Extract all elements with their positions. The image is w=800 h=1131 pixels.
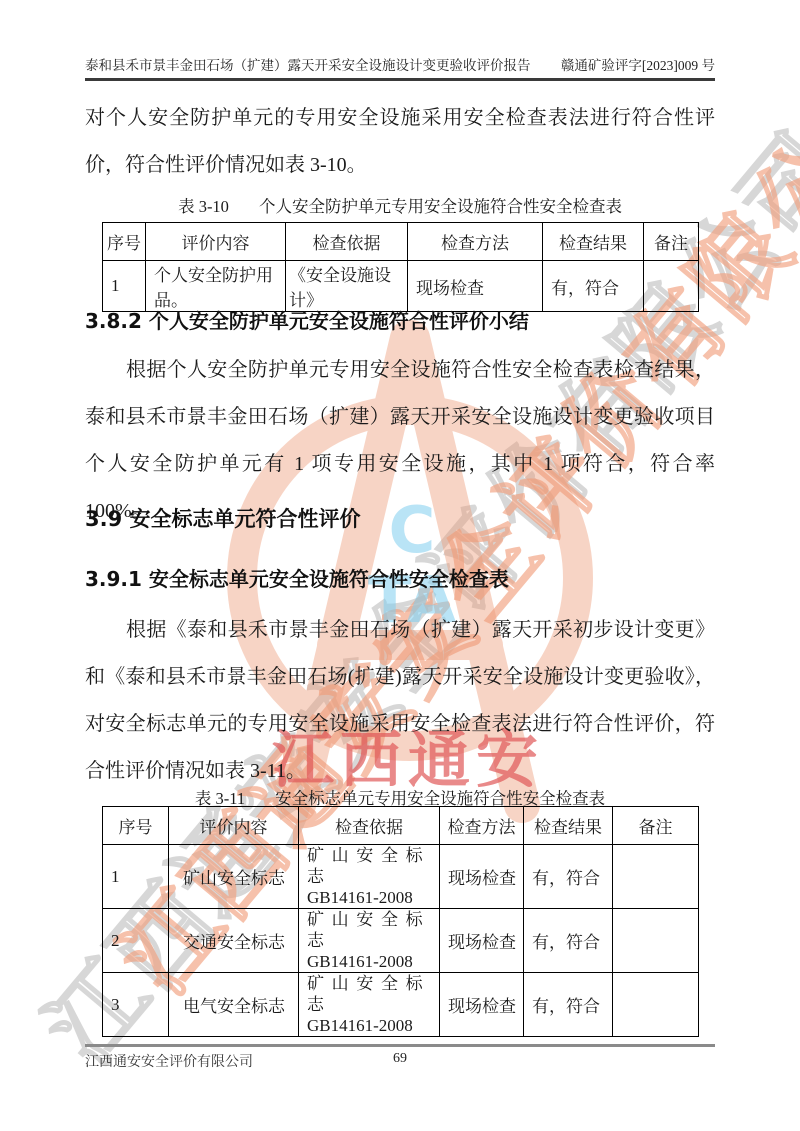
col-header: 评价内容 xyxy=(169,807,299,845)
basis-line2: GB14161-2008 xyxy=(307,951,435,972)
table-header-row: 序号 评价内容 检查依据 检查方法 检查结果 备注 xyxy=(103,223,699,261)
cell-basis: 矿山安全标志 GB14161-2008 xyxy=(299,909,440,973)
basis-line2: GB14161-2008 xyxy=(307,887,435,908)
paragraph-line: 根据个人安全防护单元专用安全设施符合性安全检查表检查结果， xyxy=(85,347,715,394)
col-header: 检查结果 xyxy=(543,223,644,261)
cell-note xyxy=(613,973,699,1037)
table-row: 1 个人安全防护用品。 《安全设施设计》 现场检查 有，符合 xyxy=(103,261,699,312)
document-page: 江西通安安全评价有限公司 江西通安安全评价有限公司 C TA 江西通安 泰和县禾… xyxy=(0,0,800,1131)
paragraph-line: 和《泰和县禾市景丰金田石场(扩建)露天开采安全设施设计变更验收》， xyxy=(85,654,715,701)
paragraph-line: 根据《泰和县禾市景丰金田石场（扩建）露天开采初步设计变更》 xyxy=(85,607,715,654)
cell-no: 1 xyxy=(103,261,146,312)
basis-line1: 矿山安全标志 xyxy=(307,845,435,887)
cell-no: 1 xyxy=(103,845,169,909)
table1-caption: 表 3-10个人安全防护单元专用安全设施符合性安全检查表 xyxy=(102,193,698,217)
section-heading-3-9-1: 3.9.1 安全标志单元安全设施符合性安全检查表 xyxy=(85,563,509,592)
table-row: 1 矿山安全标志 矿山安全标志 GB14161-2008 现场检查 有，符合 xyxy=(103,845,699,909)
col-header: 序号 xyxy=(103,807,169,845)
paragraph-2: 根据个人安全防护单元专用安全设施符合性安全检查表检查结果， 泰和县禾市景丰金田石… xyxy=(85,347,715,488)
cell-method: 现场检查 xyxy=(440,845,524,909)
cell-method: 现场检查 xyxy=(440,909,524,973)
paragraph-line: 对个人安全防护单元的专用安全设施采用安全检查表法进行符合性评 xyxy=(85,95,715,142)
col-header: 备注 xyxy=(613,807,699,845)
col-header: 评价内容 xyxy=(146,223,286,261)
table1-caption-title: 个人安全防护单元专用安全设施符合性安全检查表 xyxy=(259,197,622,216)
cell-content: 矿山安全标志 xyxy=(169,845,299,909)
paragraph-1: 对个人安全防护单元的专用安全设施采用安全检查表法进行符合性评 价，符合性评价情况… xyxy=(85,95,715,189)
col-header: 备注 xyxy=(644,223,699,261)
cell-note xyxy=(613,909,699,973)
basis-line2: GB14161-2008 xyxy=(307,1015,435,1036)
table-3-10: 序号 评价内容 检查依据 检查方法 检查结果 备注 1 个人安全防护用品。 《安… xyxy=(102,222,699,312)
cell-note xyxy=(644,261,699,312)
table-3-11: 序号 评价内容 检查依据 检查方法 检查结果 备注 1 矿山安全标志 矿山安全标… xyxy=(102,806,699,1037)
table-row: 2 交通安全标志 矿山安全标志 GB14161-2008 现场检查 有，符合 xyxy=(103,909,699,973)
cell-content: 交通安全标志 xyxy=(169,909,299,973)
cell-result: 有，符合 xyxy=(524,845,613,909)
col-header: 检查方法 xyxy=(440,807,524,845)
cell-method: 现场检查 xyxy=(440,973,524,1037)
cell-content: 个人安全防护用品。 xyxy=(146,261,286,312)
col-header: 检查方法 xyxy=(408,223,543,261)
table1-caption-label: 表 3-10 xyxy=(178,197,229,216)
basis-line1: 矿山安全标志 xyxy=(307,973,435,1015)
footer-rule xyxy=(85,1044,715,1047)
cell-result: 有，符合 xyxy=(524,909,613,973)
cell-no: 2 xyxy=(103,909,169,973)
cell-method: 现场检查 xyxy=(408,261,543,312)
table-header-row: 序号 评价内容 检查依据 检查方法 检查结果 备注 xyxy=(103,807,699,845)
paragraph-line: 个人安全防护单元有 1 项专用安全设施，其中 1 项符合，符合率 100%。 xyxy=(85,441,715,488)
footer-company-name: 江西通安安全评价有限公司 xyxy=(85,1051,253,1071)
section-heading-3-9: 3.9 安全标志单元符合性评价 xyxy=(85,503,361,533)
section-heading-3-8-2: 3.8.2 个人安全防护单元安全设施符合性评价小结 xyxy=(85,305,529,334)
col-header: 检查依据 xyxy=(286,223,408,261)
header-report-title: 泰和县禾市景丰金田石场（扩建）露天开采安全设施设计变更验收评价报告 xyxy=(85,54,531,74)
header-rule xyxy=(85,78,715,81)
table-row: 3 电气安全标志 矿山安全标志 GB14161-2008 现场检查 有，符合 xyxy=(103,973,699,1037)
cell-no: 3 xyxy=(103,973,169,1037)
cell-basis: 《安全设施设计》 xyxy=(286,261,408,312)
basis-line1: 矿山安全标志 xyxy=(307,909,435,951)
page-content: 泰和县禾市景丰金田石场（扩建）露天开采安全设施设计变更验收评价报告 赣通矿验评字… xyxy=(0,0,800,1131)
col-header: 序号 xyxy=(103,223,146,261)
cell-content: 电气安全标志 xyxy=(169,973,299,1037)
header-doc-number: 赣通矿验评字[2023]009 号 xyxy=(561,54,715,74)
cell-note xyxy=(613,845,699,909)
paragraph-line: 对安全标志单元的专用安全设施采用安全检查表法进行符合性评价，符 xyxy=(85,701,715,748)
cell-basis: 矿山安全标志 GB14161-2008 xyxy=(299,845,440,909)
cell-result: 有，符合 xyxy=(543,261,644,312)
col-header: 检查结果 xyxy=(524,807,613,845)
paragraph-line: 泰和县禾市景丰金田石场（扩建）露天开采安全设施设计变更验收项目 xyxy=(85,394,715,441)
cell-result: 有，符合 xyxy=(524,973,613,1037)
paragraph-line: 价，符合性评价情况如表 3-10。 xyxy=(85,142,715,189)
paragraph-3: 根据《泰和县禾市景丰金田石场（扩建）露天开采初步设计变更》 和《泰和县禾市景丰金… xyxy=(85,607,715,795)
col-header: 检查依据 xyxy=(299,807,440,845)
cell-basis: 矿山安全标志 GB14161-2008 xyxy=(299,973,440,1037)
